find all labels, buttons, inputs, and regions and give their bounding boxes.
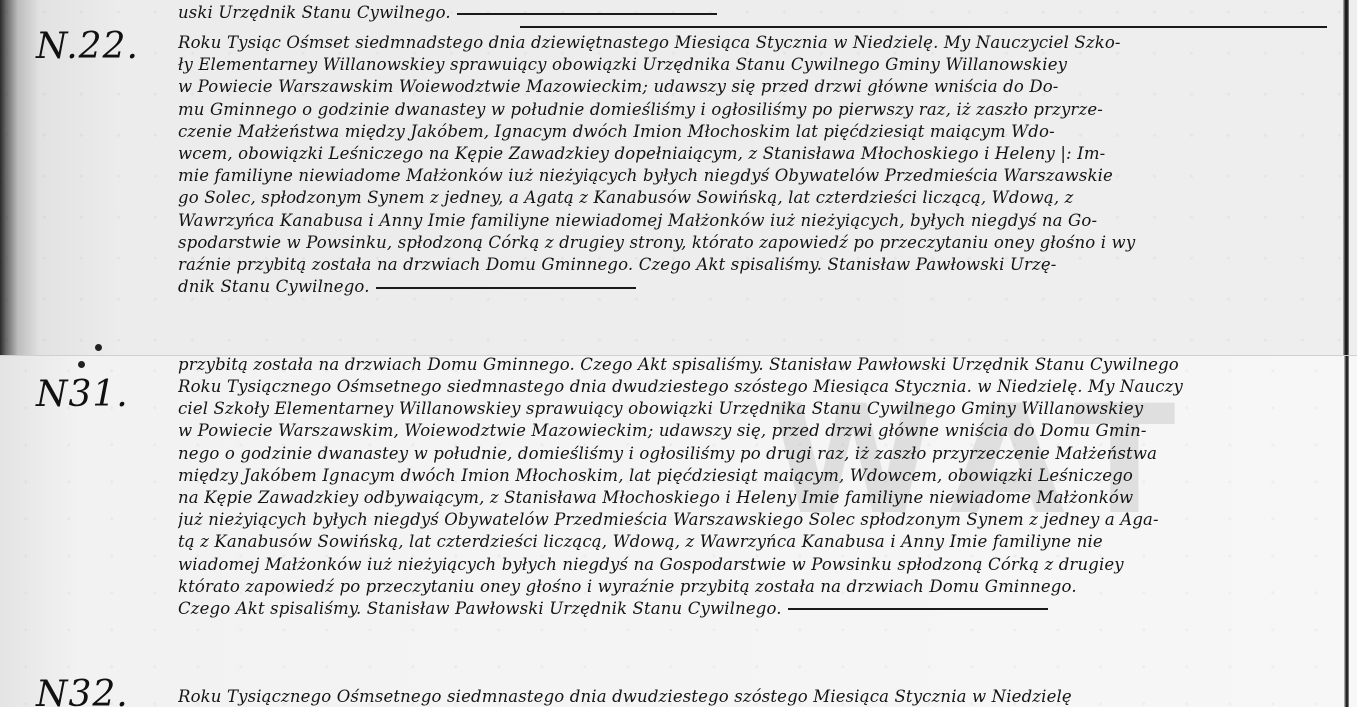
entry-number: N32. — [36, 674, 129, 707]
entry-line: dnik Stanu Cywilnego. — [178, 276, 1340, 298]
entry-line: wcem, obowiązki Leśniczego na Kępie Zawa… — [178, 143, 1340, 165]
entry-text: Roku Tysiącznego Ośmsetnego siedmnastego… — [178, 376, 1340, 620]
entry-line: ły Elementarney Willanowskiey sprawuiący… — [178, 54, 1340, 76]
manuscript-fragment-bottom: WAT przybitą została na drzwiach Domu Gm… — [0, 355, 1357, 707]
separator-rule — [520, 26, 1327, 28]
page-edge-shadow — [1343, 0, 1349, 355]
entry-line: spodarstwie w Powsinku, spłodzoną Córką … — [178, 232, 1340, 254]
header-line: uski Urzędnik Stanu Cywilnego. — [178, 2, 1340, 24]
entry-line: Roku Tysiącznego Ośmsetnego siedmnastego… — [178, 376, 1340, 398]
entry-line: wiadomej Małżonków iuż nieżyiących byłyc… — [178, 554, 1340, 576]
entry-line: Roku Tysiącznego Ośmsetnego siedmnastego… — [178, 686, 1340, 707]
entry-line: mu Gminnego o godzinie dwanastey w połud… — [178, 99, 1340, 121]
header-line: przybitą została na drzwiach Domu Gminne… — [178, 355, 1340, 376]
next-entry-text: Roku Tysiącznego Ośmsetnego siedmnastego… — [178, 686, 1340, 707]
entry-line: tą z Kanabusów Sowińską, lat czterdzieśc… — [178, 531, 1340, 553]
entry-line: Roku Tysiąc Ośmset siedmnadstego dnia dz… — [178, 32, 1340, 54]
page-edge-shadow — [1344, 356, 1349, 707]
entry-line: w Powiecie Warszawskim Woiewodztwie Mazo… — [178, 76, 1340, 98]
entry-line: nego o godzinie dwanastey w południe, do… — [178, 443, 1340, 465]
entry-number: N31. — [36, 374, 129, 415]
previous-entry-tail: uski Urzędnik Stanu Cywilnego. — [178, 2, 1340, 24]
manuscript-fragment-top: uski Urzędnik Stanu Cywilnego. N.22. Rok… — [0, 0, 1357, 355]
entry-line: którato zapowiedź po przeczytaniu oney g… — [178, 576, 1340, 598]
entry-line: Wawrzyńca Kanabusa i Anny Imie familiyne… — [178, 210, 1340, 232]
entry-line: Czego Akt spisaliśmy. Stanisław Pawłowsk… — [178, 598, 1340, 620]
entry-number: N.22. — [36, 26, 139, 67]
entry-line: na Kępie Zawadzkiey odbywaiącym, z Stani… — [178, 487, 1340, 509]
entry-line: raźnie przybitą została na drzwiach Domu… — [178, 254, 1340, 276]
entry-line: go Solec, spłodzonym Synem z jedney, a A… — [178, 187, 1340, 209]
entry-line: mie familiyne niewiadome Małżonków iuż n… — [178, 165, 1340, 187]
entry-line: już nieżyiących byłych niegdyś Obywateló… — [178, 509, 1340, 531]
entry-line: między Jakóbem Ignacym dwóch Imion Młoch… — [178, 465, 1340, 487]
entry-line: ciel Szkoły Elementarney Willanowskiey s… — [178, 398, 1340, 420]
previous-entry-tail: przybitą została na drzwiach Domu Gminne… — [178, 355, 1340, 376]
entry-line: czenie Małżeństwa między Jakóbem, Ignacy… — [178, 121, 1340, 143]
entry-line: w Powiecie Warszawskim, Woiewodztwie Maz… — [178, 420, 1340, 442]
ink-blot — [95, 344, 102, 351]
ink-blot — [78, 361, 85, 368]
entry-text: Roku Tysiąc Ośmset siedmnadstego dnia dz… — [178, 32, 1340, 298]
